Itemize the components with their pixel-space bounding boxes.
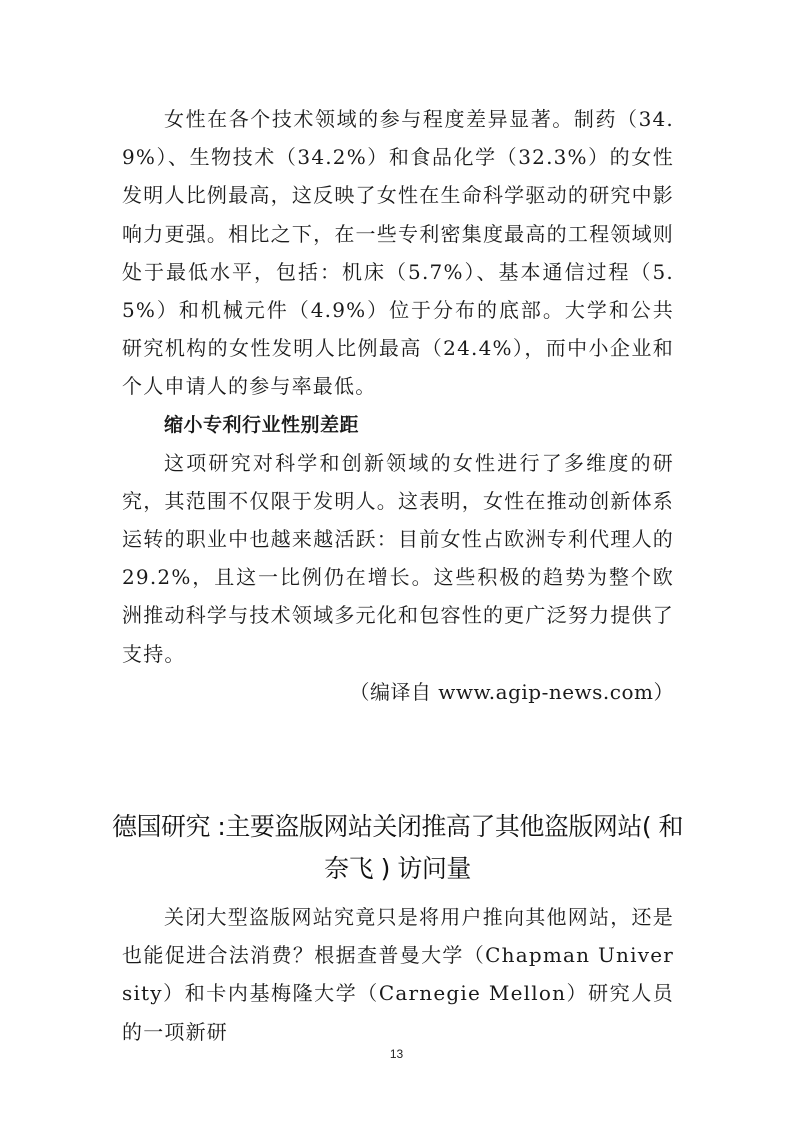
- article-body: 关闭大型盗版网站究竟只是将用户推向其他网站，还是也能促进合法消费？根据查普曼大学…: [122, 898, 674, 1051]
- paragraph-piracy-study-intro: 关闭大型盗版网站究竟只是将用户推向其他网站，还是也能促进合法消费？根据查普曼大学…: [122, 898, 674, 1051]
- paragraph-women-tech-fields: 女性在各个技术领域的参与程度差异显著。制药（34.9%）、生物技术（34.2%）…: [122, 100, 674, 406]
- document-body: 女性在各个技术领域的参与程度差异显著。制药（34.9%）、生物技术（34.2%）…: [122, 100, 674, 711]
- paragraph-women-innovation: 这项研究对科学和创新领域的女性进行了多维度的研究，其范围不仅限于发明人。这表明，…: [122, 444, 674, 673]
- article-title-line-2: 奈飞 ) 访问量: [324, 854, 471, 883]
- page-number: 13: [0, 1047, 793, 1061]
- article-title-line-1: 德国研究 :主要盗版网站关闭推高了其他盗版网站( 和: [112, 812, 683, 841]
- source-attribution: （编译自 www.agip-news.com）: [122, 673, 674, 711]
- subheading-patent-gender-gap: 缩小专利行业性别差距: [122, 406, 674, 444]
- article-title: 德国研究 :主要盗版网站关闭推高了其他盗版网站( 和 奈飞 ) 访问量: [110, 806, 685, 890]
